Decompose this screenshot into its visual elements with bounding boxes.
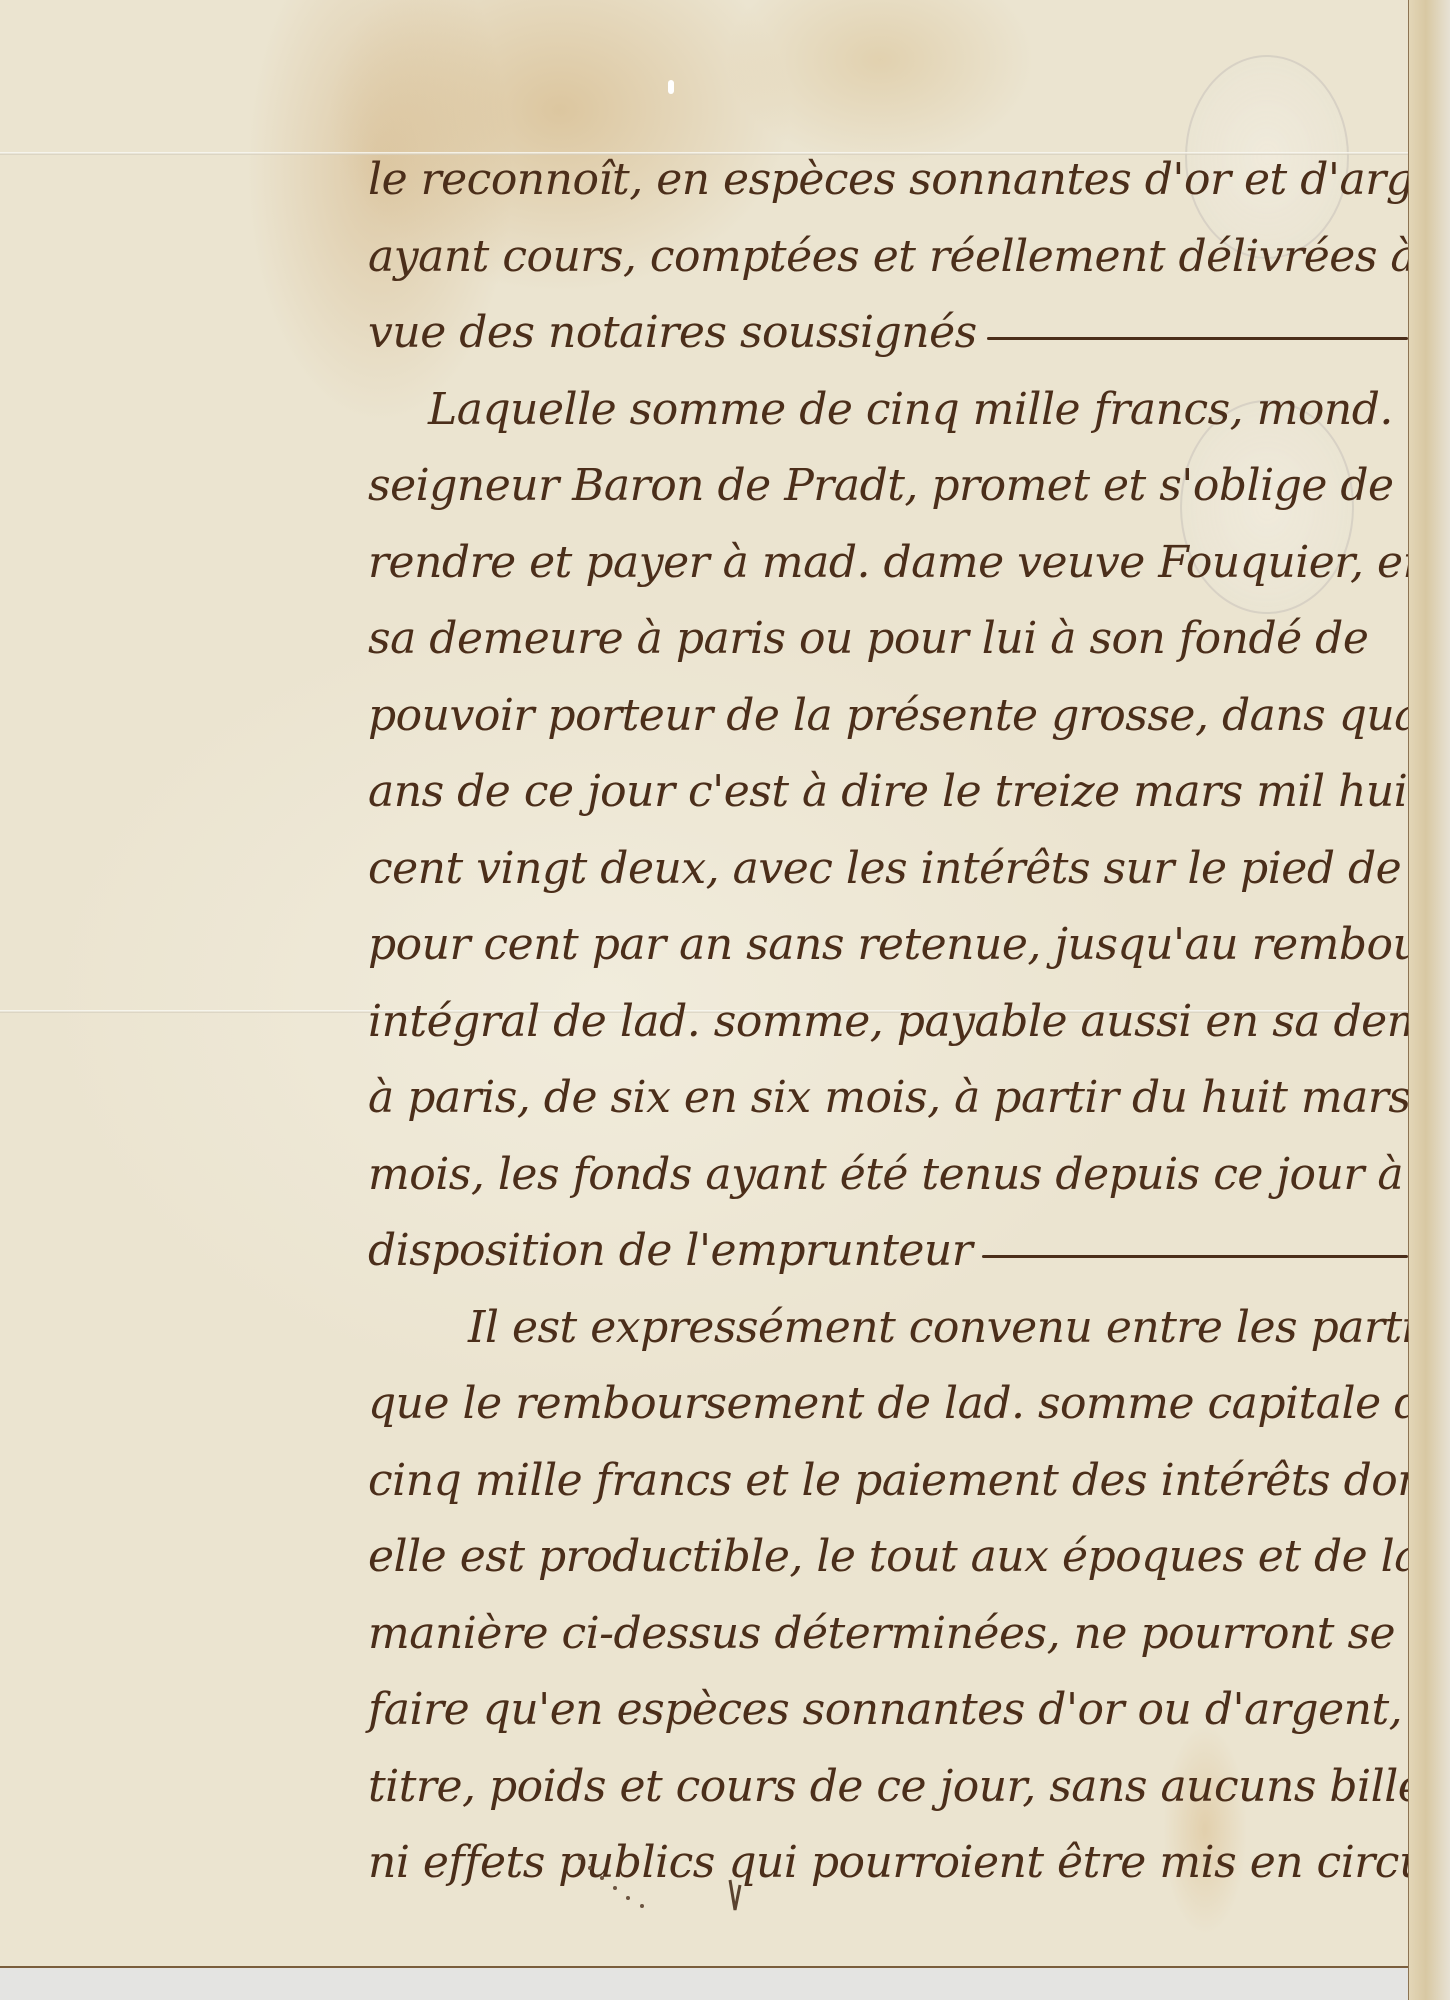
text-line: manière ci-dessus déterminées, ne pourro… [368,1596,1408,1673]
line-text: titre, poids et cours de ce jour, sans a… [368,1749,1450,1826]
line-text: Il est expressément convenu entre les pa… [468,1290,1450,1367]
paper-hole [668,80,674,94]
text-line: pour cent par an sans retenue, jusqu'au … [368,907,1408,984]
line-text: pouvoir porteur de la présente grosse, d… [368,678,1450,755]
line-text: pour cent par an sans retenue, jusqu'au … [368,907,1450,984]
line-filler-rule [987,337,1408,340]
line-text: mois, les fonds ayant été tenus depuis c… [368,1137,1450,1214]
line-text: manière ci-dessus déterminées, ne pourro… [368,1596,1395,1673]
text-line: ayant cours, comptées et réellement déli… [368,219,1408,296]
text-line: ni effets publics qui pourroient être mi… [368,1825,1408,1902]
line-text: sa demeure à paris ou pour lui à son fon… [368,601,1368,678]
text-line: pouvoir porteur de la présente grosse, d… [368,678,1408,755]
line-text: que le remboursement de lad. somme capit… [368,1366,1447,1443]
text-line: elle est productible, le tout aux époque… [368,1519,1408,1596]
line-text: ans de ce jour c'est à dire le treize ma… [368,754,1425,831]
line-text: cent vingt deux, avec les intérêts sur l… [368,831,1450,908]
text-line: faire qu'en espèces sonnantes d'or ou d'… [368,1672,1408,1749]
line-text: ni effets publics qui pourroient être mi… [368,1825,1450,1902]
line-text: disposition de l'emprunteur [368,1213,972,1290]
text-line: mois, les fonds ayant été tenus depuis c… [368,1137,1408,1214]
text-line: ans de ce jour c'est à dire le treize ma… [368,754,1408,831]
text-line: cinq mille francs et le paiement des int… [368,1443,1408,1520]
text-line: seigneur Baron de Pradt, promet et s'obl… [368,448,1408,525]
ink-spots [560,1850,760,1920]
text-line: Il est expressément convenu entre les pa… [368,1290,1408,1367]
text-line: rendre et payer à mad. dame veuve Fouqui… [368,525,1408,602]
line-text: Laquelle somme de cinq mille francs, mon… [428,372,1393,449]
line-filler-rule [982,1255,1408,1258]
text-line: disposition de l'emprunteur [368,1213,1408,1290]
text-line: vue des notaires soussignés [368,295,1408,372]
text-line: sa demeure à paris ou pour lui à son fon… [368,601,1408,678]
text-line: le reconnoît, en espèces sonnantes d'or … [368,142,1408,219]
text-line: que le remboursement de lad. somme capit… [368,1366,1408,1443]
text-line: Laquelle somme de cinq mille francs, mon… [368,372,1408,449]
line-text: ayant cours, comptées et réellement déli… [368,219,1450,296]
line-text: intégral de lad. somme, payable aussi en… [368,984,1450,1061]
line-text: cinq mille francs et le paiement des int… [368,1443,1442,1520]
line-text: rendre et payer à mad. dame veuve Fouqui… [368,525,1430,602]
line-text: faire qu'en espèces sonnantes d'or ou d'… [368,1672,1450,1749]
text-line: cent vingt deux, avec les intérêts sur l… [368,831,1408,908]
line-text: elle est productible, le tout aux époque… [368,1519,1420,1596]
page-edge-binding [1408,0,1450,2000]
line-text: seigneur Baron de Pradt, promet et s'obl… [368,448,1394,525]
manuscript-page: le reconnoît, en espèces sonnantes d'or … [0,0,1422,1968]
text-line: à paris, de six en six mois, à partir du… [368,1060,1408,1137]
line-text: vue des notaires soussignés [368,295,977,372]
text-line: titre, poids et cours de ce jour, sans a… [368,1749,1408,1826]
text-line: intégral de lad. somme, payable aussi en… [368,984,1408,1061]
line-text: à paris, de six en six mois, à partir du… [368,1060,1450,1137]
line-text: le reconnoît, en espèces sonnantes d'or … [368,142,1450,219]
handwritten-text: le reconnoît, en espèces sonnantes d'or … [368,142,1408,1902]
